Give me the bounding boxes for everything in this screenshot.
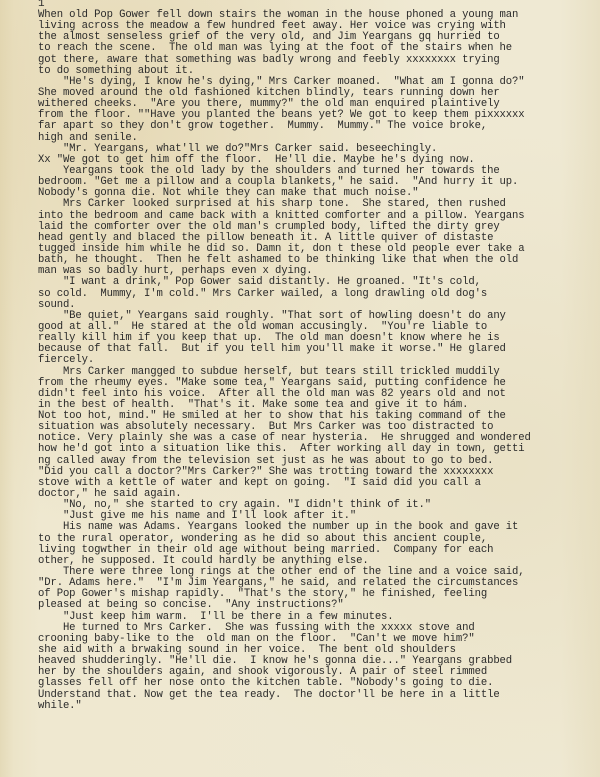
text-line: while." xyxy=(38,701,598,712)
text-line: Understand that. Now get the tea ready. … xyxy=(38,690,598,701)
text-line: far apart so they don't grow together. M… xyxy=(38,121,598,132)
text-line: fiercely. xyxy=(38,355,598,366)
text-line: glasses fell off her nose onto the kitch… xyxy=(38,678,598,689)
manuscript-body: When old Pop Gower fell down stairs the … xyxy=(38,10,598,712)
text-line: how he'd got into a situation like this.… xyxy=(38,444,598,455)
typewritten-page: 1 When old Pop Gower fell down stairs th… xyxy=(0,0,600,777)
text-line: Mrs Carker mangged to subdue herself, bu… xyxy=(38,367,598,378)
text-line: pleased at being so concise. "Any instru… xyxy=(38,600,598,611)
text-line: to reach the scene. The old man was lyin… xyxy=(38,43,598,54)
text-line: so cold. Mummy, I'm cold." Mrs Carker wa… xyxy=(38,289,598,300)
text-line: because of that fall. But if you tell hi… xyxy=(38,344,598,355)
text-line: into the bedroom and came back with a kn… xyxy=(38,211,598,222)
text-line: Mrs Carker looked surprised at his sharp… xyxy=(38,199,598,210)
text-line: His name was Adams. Yeargans looked the … xyxy=(38,522,598,533)
text-line: "I want a drink," Pop Gower said distant… xyxy=(38,277,598,288)
